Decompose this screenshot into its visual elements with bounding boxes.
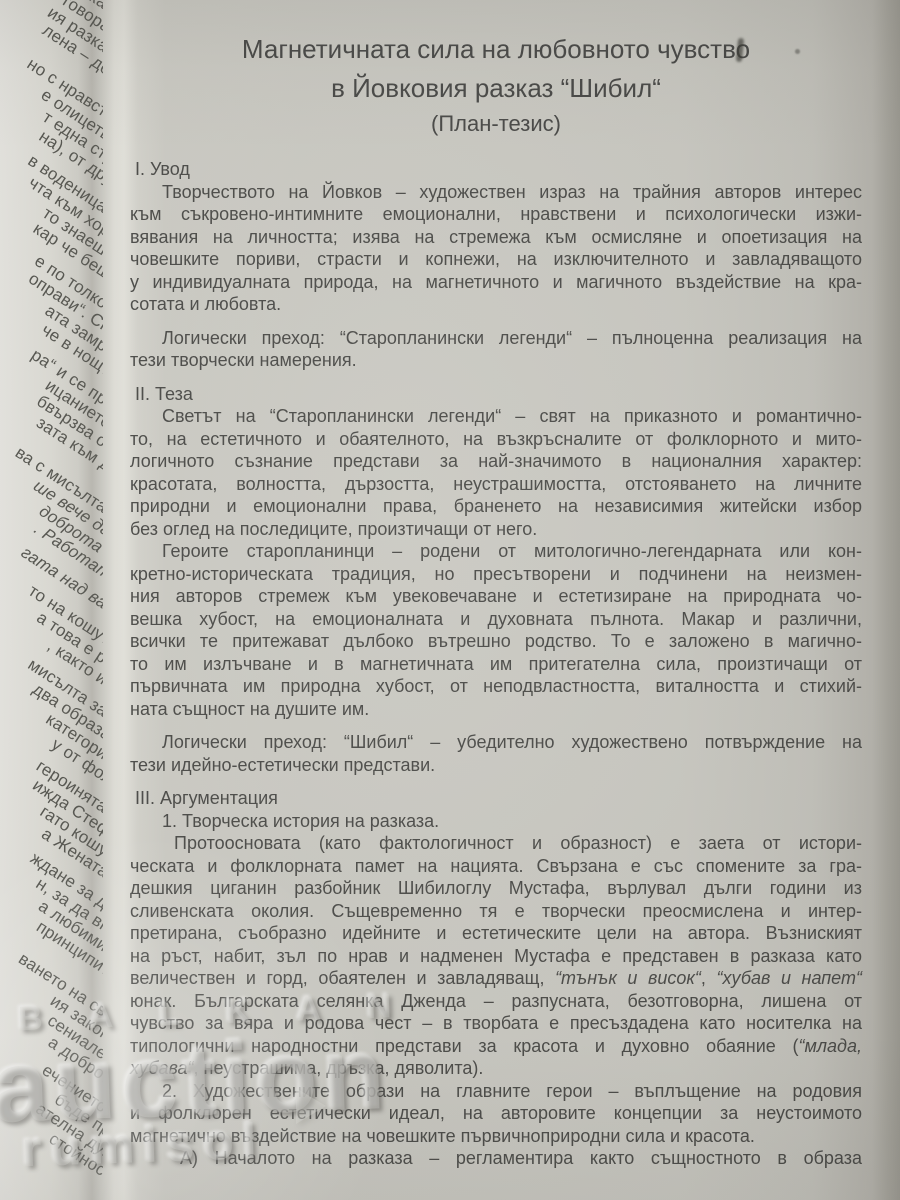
text-line: претирана, съобразно идейните и естетиче…	[130, 922, 862, 945]
title-line: Магнетичната сила на любовното чувство	[130, 30, 862, 69]
text-segment: Творчеството на Йовков – художествен изр…	[162, 182, 862, 202]
title-line: (План-тезис)	[130, 108, 862, 140]
text-segment: кретно-историческата традиция, но пресът…	[130, 564, 862, 584]
text-segment: логичното съзнание представи за най-знач…	[130, 451, 862, 471]
text-segment: ния авторов стремеж към увековечаване и …	[130, 586, 862, 606]
text-line: вешка хубост, на емоционалната и духовна…	[130, 608, 862, 631]
text-segment: то им излъчване и в магнетичната им прит…	[130, 654, 862, 674]
text-line: тези идейно-естетически представи.	[130, 754, 862, 777]
text-line: природни и емоционални права, браненето …	[130, 495, 862, 518]
text-segment: всички те притежават дълбоко вътрешно ро…	[130, 631, 862, 651]
text-line: човешките пориви, страсти и копнежи, на …	[130, 248, 862, 271]
paragraph: 1. Творческа история на разказа.	[130, 810, 862, 833]
text-line: и фолклорен естетически идеал, на авторо…	[130, 1102, 862, 1125]
document-body: I. УводТворчеството на Йовков – художест…	[130, 158, 862, 1170]
text-segment: дешкия циганин разбойник Шибилоглу Муста…	[130, 878, 862, 898]
text-segment: вявания на личността; изява на стремежа …	[130, 227, 862, 247]
text-segment: 2. Художествените образи на главните гер…	[162, 1081, 862, 1101]
text-line: чувство за вяра и родова чест – в творба…	[130, 1012, 862, 1035]
text-segment: магнетично въздействие на човешките първ…	[130, 1126, 755, 1146]
paragraph: Светът на “Старопланински легенди“ – свя…	[130, 405, 862, 540]
main-page-text: Магнетичната сила на любовното чувствов …	[130, 30, 862, 1170]
paragraph: Логически преход: “Шибил“ – убедително х…	[130, 731, 862, 776]
text-segment: Героите старопланинци – родени от митоло…	[162, 541, 862, 561]
text-line: първичната им природна хубост, от неподв…	[130, 675, 862, 698]
text-line: ческата и фолклорната памет на нацията. …	[130, 855, 862, 878]
text-line: то им излъчване и в магнетичната им прит…	[130, 653, 862, 676]
text-line: на ръст, набит, зъл по нрав и надменен М…	[130, 945, 862, 968]
text-line: магнетично въздействие на човешките първ…	[130, 1125, 862, 1148]
paragraph: Творчеството на Йовков – художествен изр…	[130, 181, 862, 316]
title-line: в Йовковия разказ “Шибил“	[130, 69, 862, 108]
text-line: Творчеството на Йовков – художествен изр…	[130, 181, 862, 204]
ink-speck	[795, 49, 800, 54]
text-segment: ческата и фолклорната памет на нацията. …	[130, 856, 862, 876]
quoted-italic-text: “тънък и висок“	[555, 968, 701, 988]
text-segment: А) Началото на разказа – регламентира ка…	[180, 1148, 862, 1168]
text-segment: Логически преход: “Старопланински легенд…	[162, 328, 862, 348]
paragraph: Логически преход: “Старопланински легенд…	[130, 327, 862, 372]
quoted-italic-text: “хубав и напет“	[716, 968, 862, 988]
quoted-italic-text: хубава“	[130, 1058, 194, 1078]
text-segment: тези идейно-естетически представи.	[130, 755, 435, 775]
text-line: величествен и горд, обаятелен и завладяв…	[130, 967, 862, 990]
section-heading: II. Теза	[130, 383, 862, 406]
text-segment: Логически преход: “Шибил“ – убедително х…	[162, 732, 862, 752]
text-line: вявания на личността; изява на стремежа …	[130, 226, 862, 249]
quoted-italic-text: “млада,	[799, 1036, 862, 1056]
text-line: Логически преход: “Шибил“ – убедително х…	[130, 731, 862, 754]
text-line: красотата, волността, дързостта, неустра…	[130, 473, 862, 496]
text-segment: у индивидуалната природа, на магнетичнот…	[130, 272, 862, 292]
left-page: такаговораия разказлена – добно с нравст…	[0, 0, 103, 1200]
text-line: логичното съзнание представи за най-знач…	[130, 450, 862, 473]
text-line: Светът на “Старопланински легенди“ – свя…	[130, 405, 862, 428]
text-line: сливенската околия. Същевременно тя е тв…	[130, 900, 862, 923]
text-line: тези творчески намерения.	[130, 349, 862, 372]
title: Магнетичната сила на любовното чувствов …	[130, 30, 862, 140]
text-segment: претирана, съобразно идейните и естетиче…	[130, 923, 862, 943]
text-line: всички те притежават дълбоко вътрешно ро…	[130, 630, 862, 653]
text-segment: на ръст, набит, зъл по нрав и надменен М…	[130, 946, 862, 966]
text-line: Героите старопланинци – родени от митоло…	[130, 540, 862, 563]
text-segment: юнак. Българската селянка Дженда – разпу…	[130, 991, 862, 1011]
paragraph: 2. Художествените образи на главните гер…	[130, 1080, 862, 1148]
book-page-photo: такаговораия разказлена – добно с нравст…	[0, 0, 900, 1200]
text-segment: ,	[701, 968, 717, 988]
text-segment: 1. Творческа история на разказа.	[162, 811, 439, 831]
text-line: кретно-историческата традиция, но пресът…	[130, 563, 862, 586]
text-segment: типологични народностни представи за кра…	[130, 1036, 799, 1056]
text-segment: чувство за вяра и родова чест – в творба…	[130, 1013, 862, 1033]
text-segment: тези творчески намерения.	[130, 350, 357, 370]
text-segment: и фолклорен естетически идеал, на авторо…	[130, 1103, 862, 1123]
text-segment: сливенската околия. Същевременно тя е тв…	[130, 901, 862, 921]
text-line: без оглед на последиците, произтичащи от…	[130, 518, 862, 541]
text-segment: Светът на “Старопланински легенди“ – свя…	[162, 406, 862, 426]
section-heading: I. Увод	[130, 158, 862, 181]
paragraph: А) Началото на разказа – регламентира ка…	[130, 1147, 862, 1170]
text-line: 1. Творческа история на разказа.	[130, 810, 862, 833]
text-segment: сотата и любовта.	[130, 294, 281, 314]
section-heading: III. Аргументация	[130, 787, 862, 810]
text-segment: ната същност на душите им.	[130, 699, 369, 719]
text-line: ната същност на душите им.	[130, 698, 862, 721]
text-segment: красотата, волността, дързостта, неустра…	[130, 474, 862, 494]
text-segment: без оглед на последиците, произтичащи от…	[130, 519, 537, 539]
text-line: дешкия циганин разбойник Шибилоглу Муста…	[130, 877, 862, 900]
text-segment: към съкровено-интимните емоционални, нра…	[130, 204, 862, 224]
text-line: Логически преход: “Старопланински легенд…	[130, 327, 862, 350]
text-segment: величествен и горд, обаятелен и завладяв…	[130, 968, 555, 988]
text-line: сотата и любовта.	[130, 293, 862, 316]
text-line: А) Началото на разказа – регламентира ка…	[130, 1147, 862, 1170]
text-segment: природни и емоционални права, браненето …	[130, 496, 862, 516]
text-segment: Протоосновата (като фактологичност и обр…	[174, 833, 862, 853]
text-line: ния авторов стремеж към увековечаване и …	[130, 585, 862, 608]
text-segment: то, на естетичното и обаятелното, на въз…	[130, 429, 862, 449]
text-segment: , неустрашима, дръзка, дяволита).	[194, 1058, 484, 1078]
text-line: у индивидуалната природа, на магнетичнот…	[130, 271, 862, 294]
text-line: то, на естетичното и обаятелното, на въз…	[130, 428, 862, 451]
paragraph: Протоосновата (като фактологичност и обр…	[130, 832, 862, 1080]
text-line: към съкровено-интимните емоционални, нра…	[130, 203, 862, 226]
text-line: 2. Художествените образи на главните гер…	[130, 1080, 862, 1103]
text-line: Протоосновата (като фактологичност и обр…	[130, 832, 862, 855]
text-segment: вешка хубост, на емоционалната и духовна…	[130, 609, 862, 629]
text-line: типологични народностни представи за кра…	[130, 1035, 862, 1058]
text-line: юнак. Българската селянка Дженда – разпу…	[130, 990, 862, 1013]
text-segment: първичната им природна хубост, от неподв…	[130, 676, 862, 696]
text-segment: човешките пориви, страсти и копнежи, на …	[130, 249, 862, 269]
paragraph: Героите старопланинци – родени от митоло…	[130, 540, 862, 720]
text-line: хубава“, неустрашима, дръзка, дяволита).	[130, 1057, 862, 1080]
